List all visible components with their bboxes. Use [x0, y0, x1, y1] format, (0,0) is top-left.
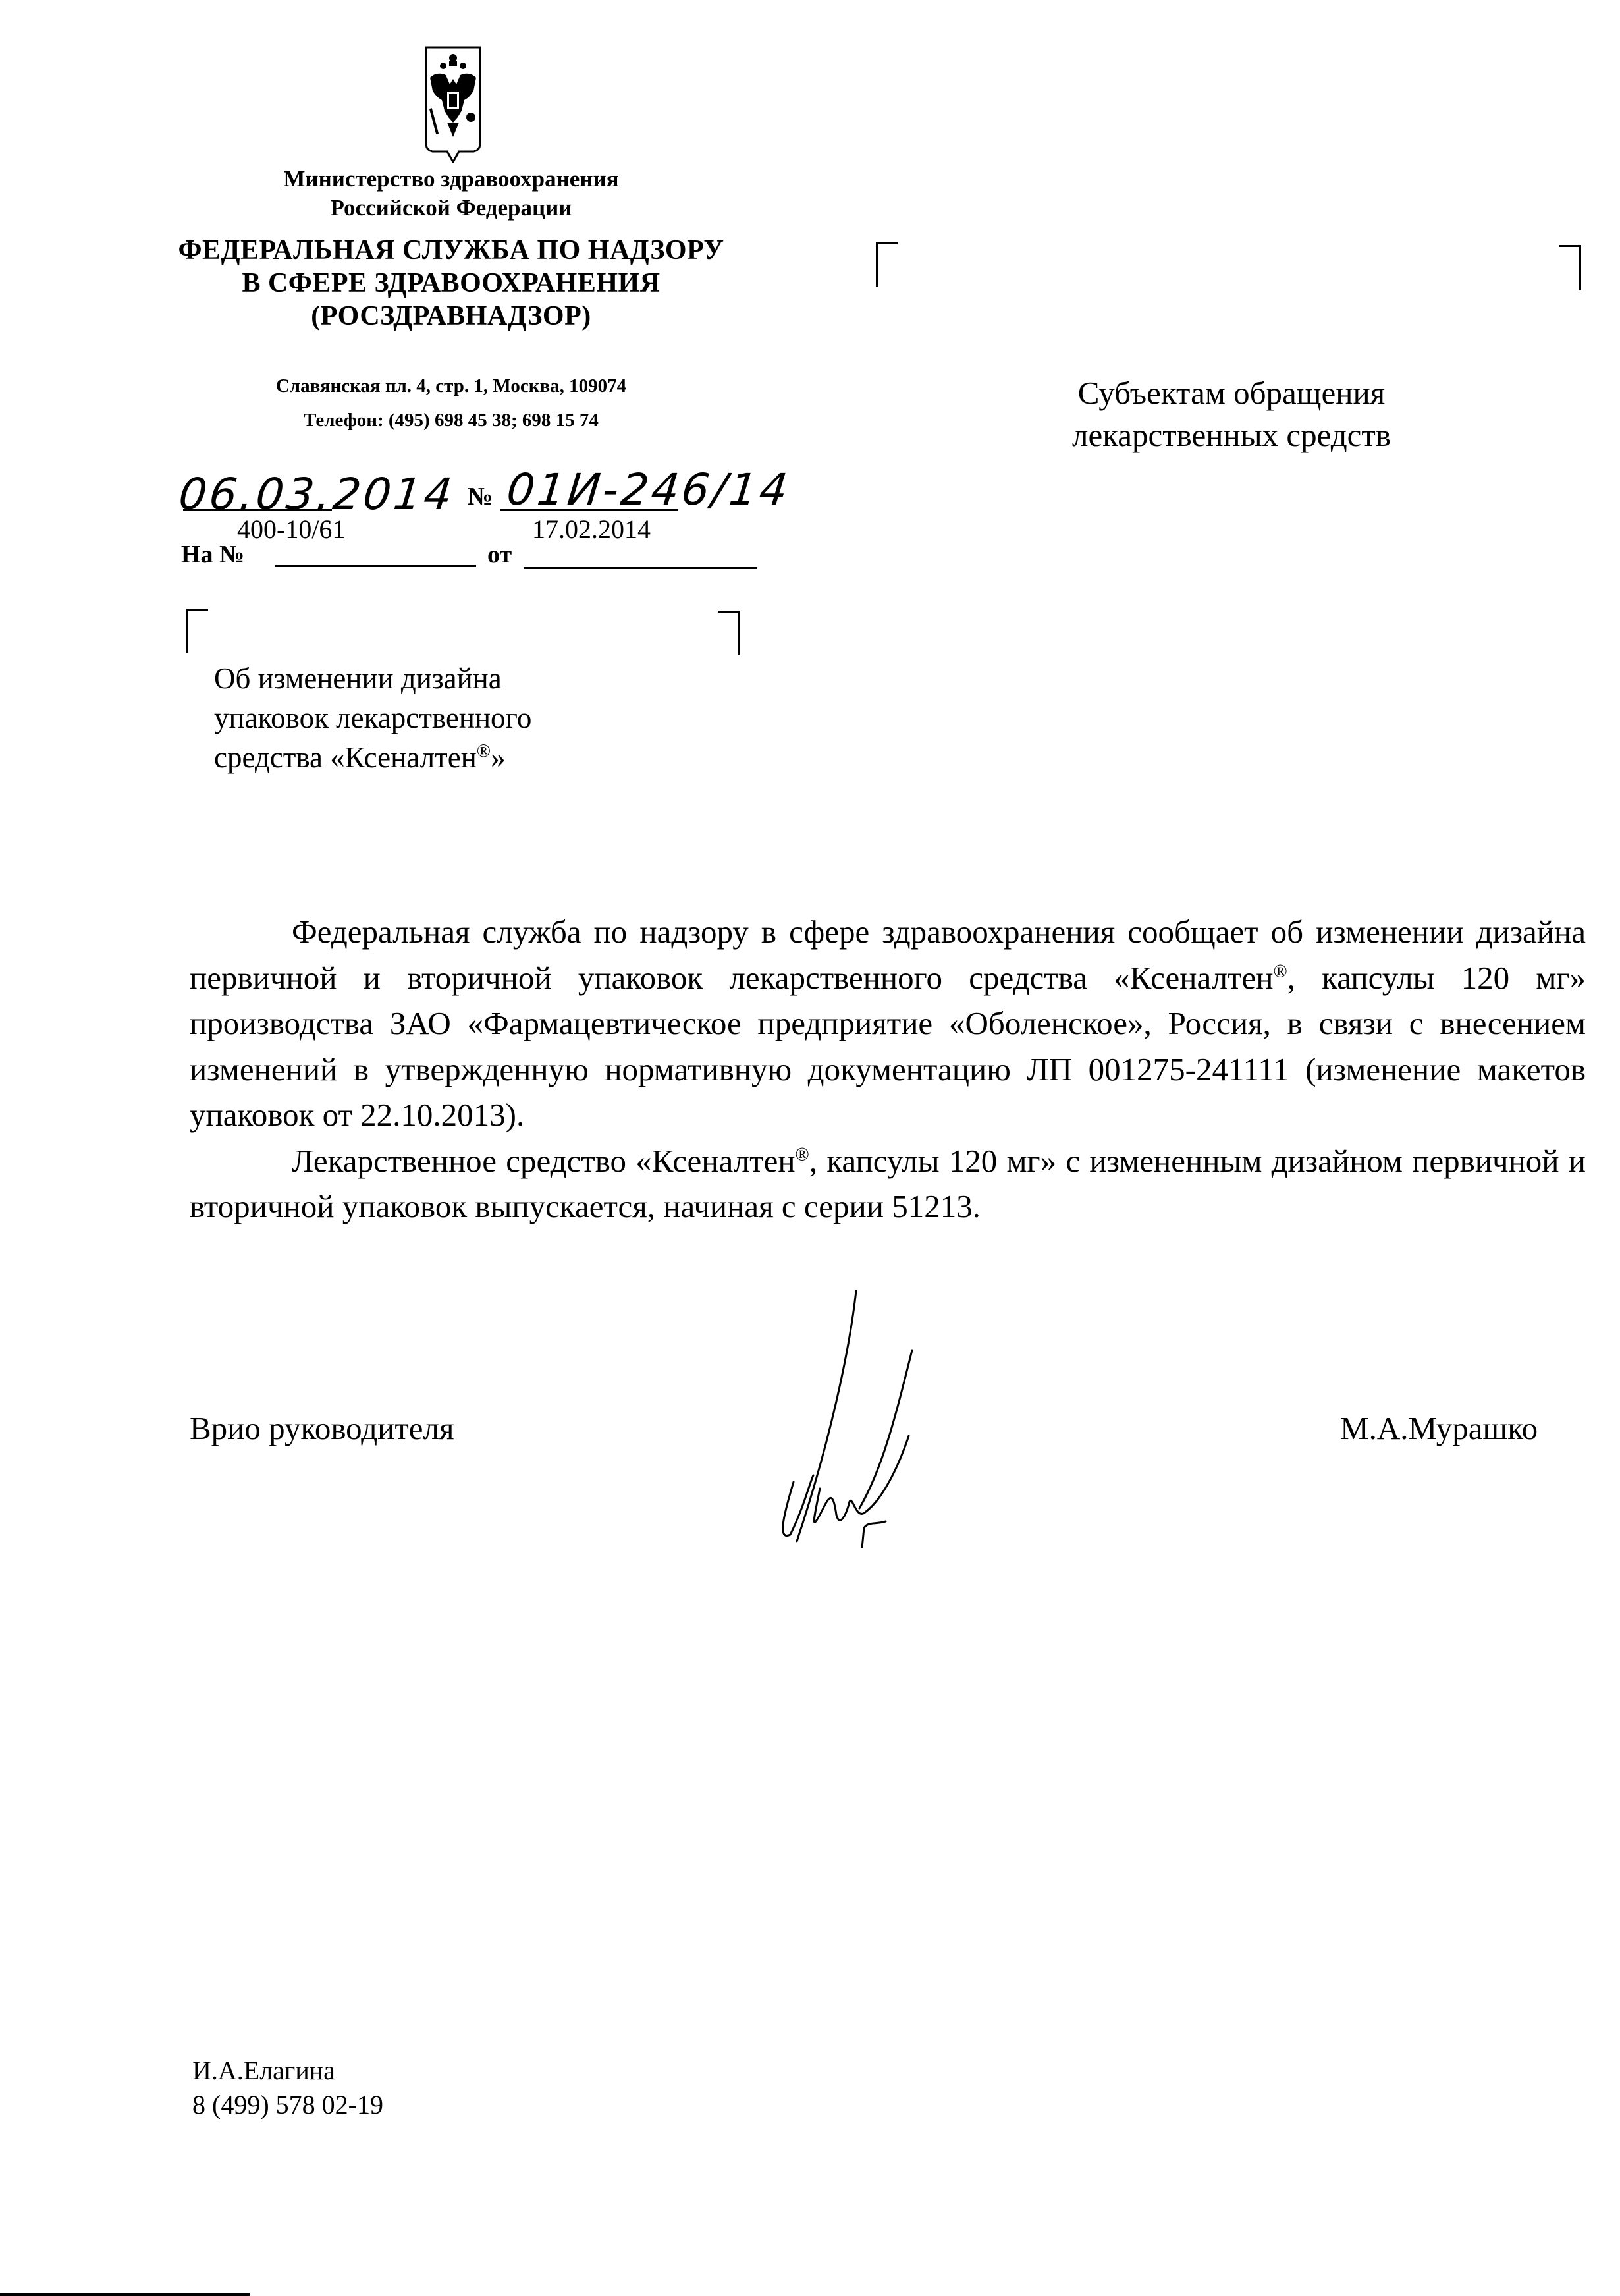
- subject-line-1: Об изменении дизайна: [214, 659, 531, 698]
- recipient-line-1: Субъектам обращения: [975, 372, 1488, 414]
- ministry-line-1: Министерство здравоохранения: [198, 165, 705, 194]
- ministry-name: Министерство здравоохранения Российской …: [198, 165, 705, 223]
- scan-edge-line: [0, 2293, 250, 2296]
- subject: Об изменении дизайна упаковок лекарствен…: [214, 659, 531, 777]
- recipient-line-2: лекарственных средств: [975, 414, 1488, 456]
- registration-date: 06.03.2014: [176, 469, 457, 520]
- phone: Телефон: (495) 698 45 38; 698 15 74: [198, 403, 705, 437]
- signatory-name: М.А.Мурашко: [1340, 1409, 1538, 1447]
- reply-date-underline: [524, 567, 757, 569]
- recipient-bracket-right: [1559, 245, 1581, 290]
- letterhead-contacts: Славянская пл. 4, стр. 1, Москва, 109074…: [198, 369, 705, 437]
- reply-date: 17.02.2014: [532, 514, 651, 545]
- subject-bracket-right: [718, 611, 740, 655]
- executor-phone: 8 (499) 578 02-19: [192, 2088, 383, 2122]
- body-paragraph-2: Лекарственное средство «Ксеналтен®, капс…: [190, 1138, 1586, 1230]
- recipient: Субъектам обращения лекарственных средст…: [975, 372, 1488, 456]
- registered-mark: ®: [477, 741, 491, 761]
- subject-line-2: упаковок лекарственного: [214, 698, 531, 738]
- registration-number: 01И-246/14: [504, 464, 792, 515]
- signatory-position: Врио руководителя: [190, 1409, 454, 1447]
- registered-mark: ®: [1273, 961, 1287, 981]
- reply-number-underline: [275, 565, 476, 567]
- reply-number-label: На №: [181, 540, 244, 569]
- recipient-bracket-left: [876, 242, 898, 287]
- letter-body: Федеральная служба по надзору в сфере зд…: [190, 909, 1586, 1230]
- body-paragraph-1: Федеральная служба по надзору в сфере зд…: [190, 909, 1586, 1138]
- service-line-3: (РОСЗДРАВНАДЗОР): [165, 300, 738, 333]
- date-underline: [183, 509, 332, 511]
- address: Славянская пл. 4, стр. 1, Москва, 109074: [198, 369, 705, 403]
- number-underline: [500, 509, 678, 511]
- executor-block: И.А.Елагина 8 (499) 578 02-19: [192, 2054, 383, 2122]
- number-sign: №: [468, 482, 493, 511]
- handwritten-signature-icon: [698, 1271, 975, 1548]
- reply-number: 400-10/61: [237, 514, 345, 545]
- reply-date-label: от: [487, 540, 512, 569]
- service-line-2: В СФЕРЕ ЗДРАВООХРАНЕНИЯ: [165, 267, 738, 300]
- subject-line-3: средства «Ксеналтен®»: [214, 738, 531, 777]
- service-line-1: ФЕДЕРАЛЬНАЯ СЛУЖБА ПО НАДЗОРУ: [165, 234, 738, 267]
- registered-mark: ®: [796, 1144, 809, 1164]
- russian-coat-of-arms-icon: [423, 45, 483, 163]
- subject-bracket-left: [186, 609, 208, 653]
- executor-name: И.А.Елагина: [192, 2054, 383, 2088]
- service-name: ФЕДЕРАЛЬНАЯ СЛУЖБА ПО НАДЗОРУ В СФЕРЕ ЗД…: [165, 234, 738, 333]
- ministry-line-2: Российской Федерации: [198, 194, 705, 223]
